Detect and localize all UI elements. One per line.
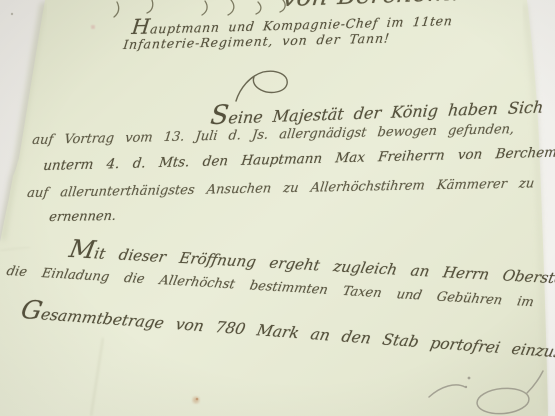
manuscript-body-line: ernennen. [48,210,117,224]
dust-speck [11,13,13,15]
document-photo: von Berchem. Hauptmann und Kompagnie-Che… [0,0,555,416]
rust-stain [196,398,199,401]
rust-stain [193,397,200,404]
pink-stain [91,25,95,29]
